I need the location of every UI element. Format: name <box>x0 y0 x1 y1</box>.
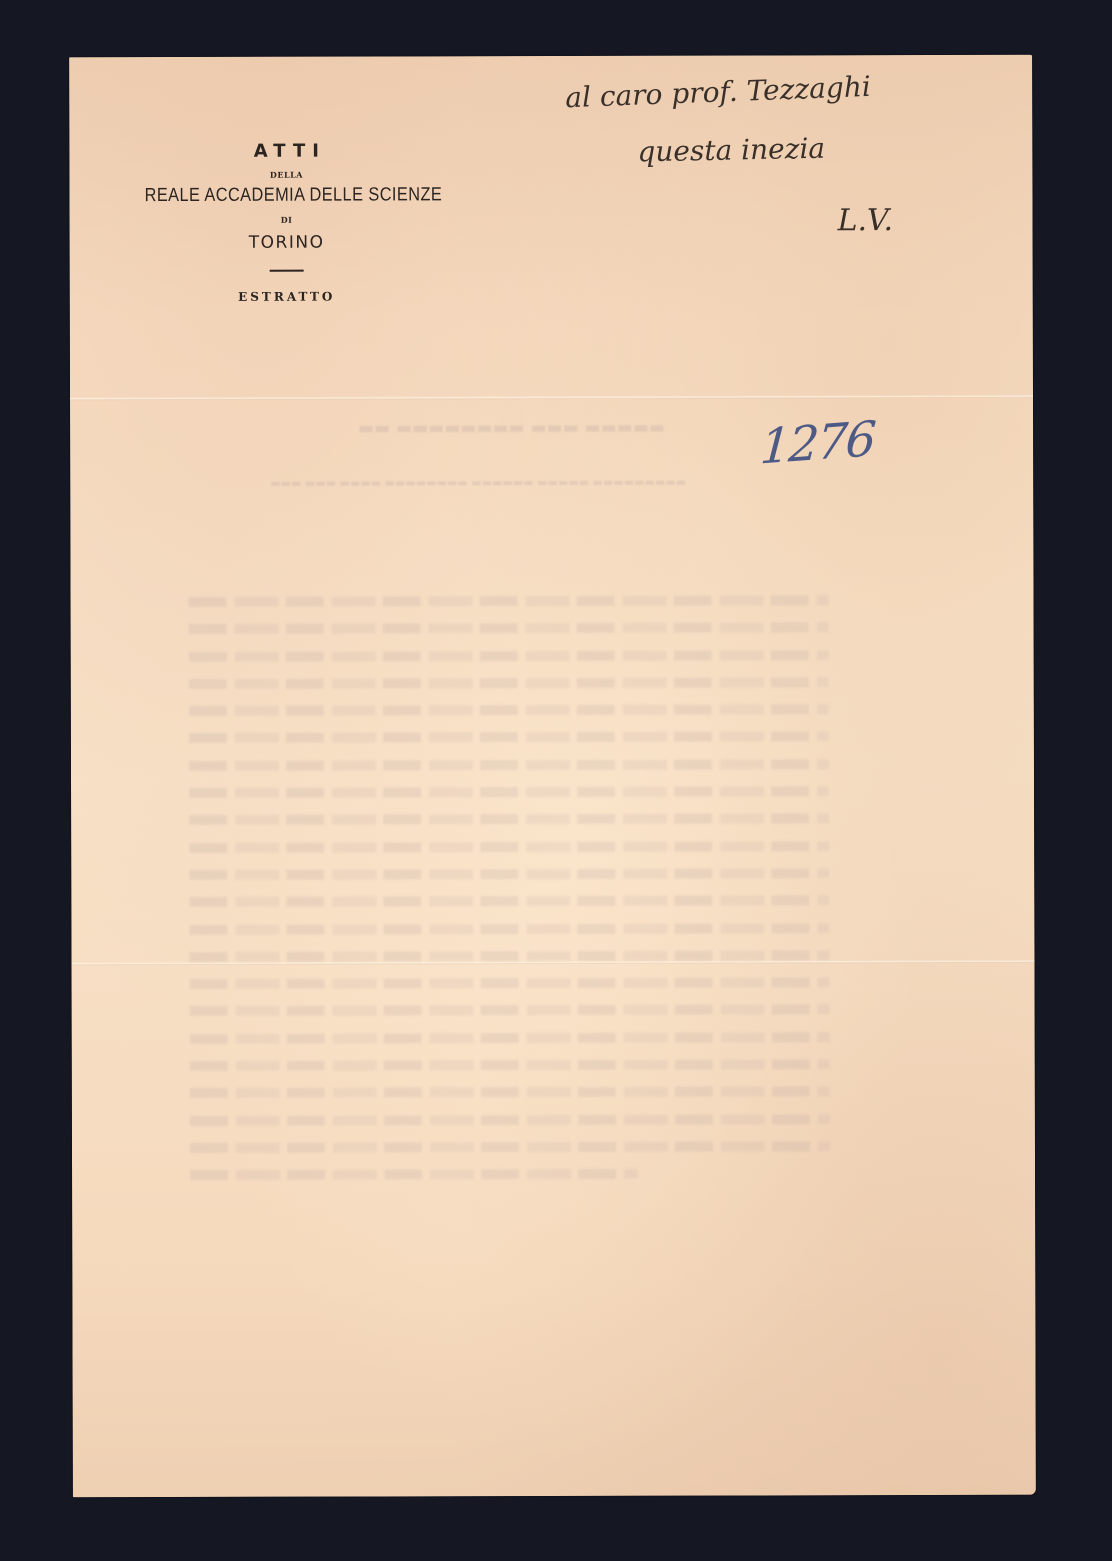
masthead-divider <box>270 270 304 272</box>
masthead-della: DELLA <box>121 168 451 181</box>
bleed-through-subtitle: ▬▬▬ ▬▬▬ ▬▬▬▬ ▬▬▬▬▬▬▬▬ ▬▬▬▬▬▬ ▬▬▬▬▬ ▬▬▬▬▬… <box>270 476 686 490</box>
document-page: ▬▬ ▬▬▬▬▬▬▬▬ ▬▬▬ ▬▬▬▬▬ ▬▬▬ ▬▬▬ ▬▬▬▬ ▬▬▬▬▬… <box>69 55 1036 1498</box>
handwritten-dedication-line2: questa inezia <box>637 132 825 169</box>
masthead-estratto: ESTRATTO <box>122 288 452 305</box>
masthead: ATTI DELLA REALE ACCADEMIA DELLE SCIENZE… <box>121 140 451 305</box>
handwritten-signature: L.V. <box>838 203 894 238</box>
handwritten-shelfmark: 1276 <box>758 411 876 476</box>
handwritten-dedication-line1: al caro prof. Tezzaghi <box>565 70 872 114</box>
masthead-academy-name: REALE ACCADEMIA DELLE SCIENZE <box>145 183 429 208</box>
masthead-di: DI <box>122 213 452 226</box>
bleed-through-body <box>189 595 831 1197</box>
fold-crease <box>70 395 1033 401</box>
masthead-title: ATTI <box>128 140 451 163</box>
bleed-through-title: ▬▬ ▬▬▬▬▬▬▬▬ ▬▬▬ ▬▬▬▬▬ <box>358 418 665 439</box>
masthead-city: TORINO <box>122 231 452 254</box>
